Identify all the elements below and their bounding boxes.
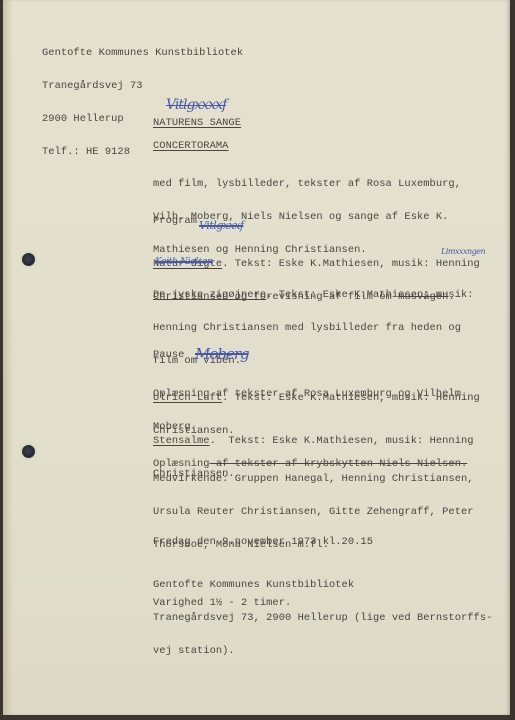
program-item-title: Ulrich Luft <box>153 392 222 404</box>
event-datetime: Fredag den 9.november 1973 kl.20.15 <box>153 537 373 548</box>
handwritten-annotation-musvagen: Limxxxngen <box>441 247 485 256</box>
handwritten-annotation-pause: Moberg <box>195 345 249 363</box>
program-item-title: De jyske zigøjnere <box>153 289 266 301</box>
venue-line: vej station). <box>153 646 492 657</box>
program-heading: Program <box>153 216 197 227</box>
handwritten-annotation-title: Vitlgxxxxf <box>166 97 226 113</box>
venue-line: Tranegårdsvej 73, 2900 Hellerup (lige ve… <box>153 613 492 624</box>
description-line: med film, lysbilleder, tekster af Rosa L… <box>153 179 461 190</box>
program-item-text: . Tekst: Eske K.Mathiesen, musik: Hennin… <box>210 435 474 447</box>
venue-line: Gentofte Kommunes Kunstbibliotek <box>153 580 492 591</box>
subtitle: CONCERTORAMA <box>153 141 228 152</box>
participants-line: Ursula Reuter Christiansen, Gitte Zeheng… <box>153 507 474 518</box>
program-item-text: Henning Christiansen med lysbilleder fra… <box>153 323 474 334</box>
event-venue: Gentofte Kommunes Kunstbibliotek Tranegå… <box>153 558 492 679</box>
program-item-text: . Tekst: Eske K.Mathiesen, musik: Hennin… <box>222 392 480 404</box>
punch-hole-top <box>22 253 35 266</box>
letterhead-line: Tranegårdsvej 73 <box>42 81 243 92</box>
program-item-text: . Tekst: Eske K.Mathiesen, musik: <box>266 289 473 301</box>
page-title: NATURENS SANGE <box>153 118 241 129</box>
document-page: Gentofte Kommunes Kunstbibliotek Tranegå… <box>3 0 510 715</box>
handwritten-annotation-program: Vitlgxxxf <box>199 219 279 232</box>
handwritten-struck-annotation: Keith Nielsen <box>155 257 213 267</box>
pause-heading: Pause <box>153 350 184 361</box>
event-duration: Varighed 1½ - 2 timer. <box>153 598 291 609</box>
participants: Medvirkende: Gruppen Hanegal, Henning Ch… <box>153 452 474 573</box>
letterhead-line: Gentofte Kommunes Kunstbibliotek <box>42 48 243 59</box>
participants-line: Medvirkende: Gruppen Hanegal, Henning Ch… <box>153 474 474 485</box>
program-item-title: Stensalme <box>153 435 210 447</box>
punch-hole-bottom <box>22 445 35 458</box>
